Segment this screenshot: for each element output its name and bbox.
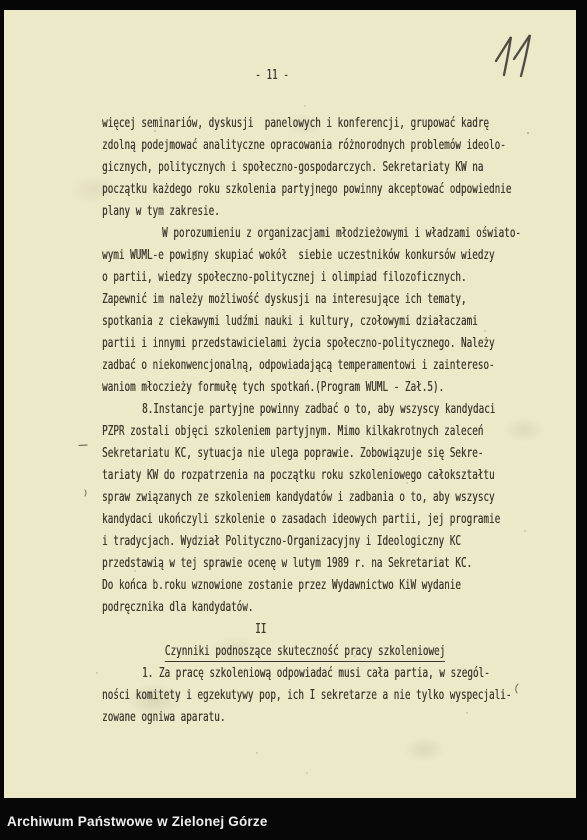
archive-watermark-bar: Archiwum Państwowe w Zielonej Górze [0, 798, 587, 840]
scan-noise [4, 10, 6, 12]
scan-edge-right [576, 0, 587, 840]
text-line: gicznych, politycznych i społeczno-gospo… [102, 156, 512, 178]
text-line: zdolną podejmować analityczne opracowani… [102, 134, 512, 156]
margin-tick-mark [83, 489, 89, 497]
text-line: PZPR zostali objęci szkoleniem partyjnym… [102, 420, 512, 442]
text-line: wymi WUML-e powinny skupiać wokół siebie… [102, 244, 512, 266]
handwritten-page-number [489, 30, 541, 82]
section-numeral: II [102, 618, 512, 640]
stray-pen-mark [513, 683, 520, 694]
text-line: Sekretariatu KC, sytuacja nie ulega popr… [102, 442, 512, 464]
text-line: przedstawią w tej sprawie ocenę w lutym … [102, 552, 512, 574]
text-line: początku każdego roku szkolenia partyjne… [102, 178, 512, 200]
text-line: waniom młoczieży formułę tych spotkań.(P… [102, 376, 512, 398]
text-line: zowane ogniwa aparatu. [102, 706, 512, 728]
text-line: więcej seminariów, dyskusji panelowych i… [102, 112, 512, 134]
archive-watermark-label: Archiwum Państwowe w Zielonej Górze [7, 814, 268, 829]
scan-edge-left [0, 0, 4, 840]
text-line: partii i innymi przedstawicielami życia … [102, 332, 512, 354]
text-line: o partii, wiedzy społeczno-politycznej i… [102, 266, 512, 288]
text-line: 8.Instancje partyjne powinny zadbać o to… [102, 398, 512, 420]
text-line: plany w tym zakresie. [102, 200, 512, 222]
pencil-correction-mark [191, 250, 200, 262]
scanned-archival-page: - 11 -więcej seminariów, dyskusji panelo… [0, 0, 587, 840]
text-line: kandydaci ukończyli szkolenie o zasadach… [102, 508, 512, 530]
text-line: ności komitety i egzekutywy pop, ich I s… [102, 684, 512, 706]
section-heading: Czynniki podnoszące skuteczność pracy sz… [102, 640, 512, 662]
margin-dash-mark [78, 443, 88, 448]
text-line: i tradycjach. Wydział Polityczno-Organiz… [102, 530, 512, 552]
text-line: Do końca b.roku wznowione zostanie przez… [102, 574, 512, 596]
text-line: spotkania z ciekawymi ludźmi nauki i kul… [102, 310, 512, 332]
text-line: zadbać o niekonwencjonalną, odpowiadając… [102, 354, 512, 376]
text-line: 1. Za pracę szkoleniową odpowiadać musi … [102, 662, 512, 684]
typed-text: - 11 -więcej seminariów, dyskusji panelo… [102, 64, 512, 728]
scan-edge-top [0, 0, 587, 10]
text-line: Zapewnić im należy możliwość dyskusji na… [102, 288, 512, 310]
text-line: podręcznika dla kandydatów. [102, 596, 512, 618]
text-line: spraw związanych ze szkoleniem kandydató… [102, 486, 512, 508]
text-line: tariaty KW do rozpatrzenia na początku r… [102, 464, 512, 486]
page-number: - 11 - [102, 64, 512, 86]
text-line: W porozumieniu z organizacjami młodzieżo… [102, 222, 512, 244]
